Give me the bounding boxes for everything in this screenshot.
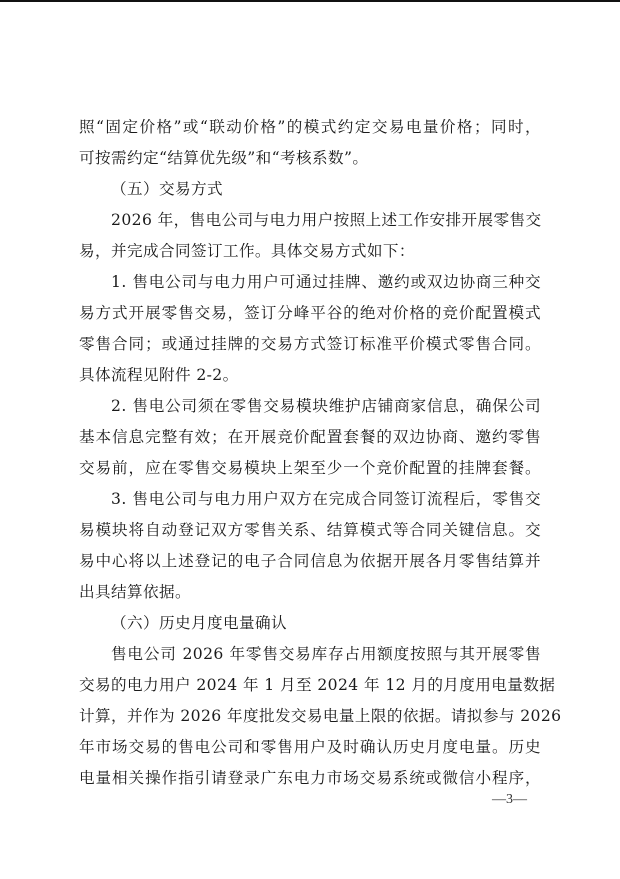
text-line-4: 2026 年，售电公司与电力用户按照上述工作安排开展零售交	[79, 205, 541, 236]
list-item-3-line-1: 3. 售电公司与电力用户双方在完成合同签订流程后，零售交	[79, 484, 541, 515]
text-line-19: 交易的电力用户 2024 年 1 月至 2024 年 12 月的月度用电量数据	[79, 670, 541, 701]
list-item-1-line-1: 1. 售电公司与电力用户可通过挂牌、邀约或双边协商三种交	[79, 267, 541, 298]
list-item-2-line-2: 基本信息完整有效；在开展竞价配置套餐的双边协商、邀约零售	[79, 422, 541, 453]
page-number: —3—	[492, 792, 527, 808]
text-line-5: 易，并完成合同签订工作。具体交易方式如下：	[79, 236, 541, 267]
list-item-3-line-4: 出具结算依据。	[79, 577, 541, 608]
list-item-3-line-3: 易中心将以上述登记的电子合同信息为依据开展各月零售结算并	[79, 546, 541, 577]
list-item-1-line-3: 零售合同；或通过挂牌的交易方式签订标准平价模式零售合同。	[79, 329, 541, 360]
text-line-18: 售电公司 2026 年零售交易库存占用额度按照与其开展零售	[79, 639, 541, 670]
text-line-20: 计算，并作为 2026 年度批发交易电量上限的依据。请拟参与 2026	[79, 701, 541, 732]
list-item-1-line-2: 易方式开展零售交易，签订分峰平谷的绝对价格的竞价配置模式	[79, 298, 541, 329]
text-line-22: 电量相关操作指引请登录广东电力市场交易系统或微信小程序，	[79, 763, 541, 794]
list-item-1-line-4: 具体流程见附件 2-2。	[79, 360, 541, 391]
section-heading-5: （五）交易方式	[79, 174, 541, 205]
text-line-21: 年市场交易的售电公司和零售用户及时确认历史月度电量。历史	[79, 732, 541, 763]
section-heading-6: （六）历史月度电量确认	[79, 608, 541, 639]
text-line-1: 照“固定价格”或“联动价格”的模式约定交易电量价格；同时，	[79, 112, 541, 143]
top-border-rule	[0, 0, 620, 2]
list-item-2-line-3: 交易前，应在零售交易模块上架至少一个竞价配置的挂牌套餐。	[79, 453, 541, 484]
list-item-2-line-1: 2. 售电公司须在零售交易模块维护店铺商家信息，确保公司	[79, 391, 541, 422]
list-item-3-line-2: 易模块将自动登记双方零售关系、结算模式等合同关键信息。交	[79, 515, 541, 546]
text-line-2: 可按需约定“结算优先级”和“考核系数”。	[79, 143, 541, 174]
document-body: 照“固定价格”或“联动价格”的模式约定交易电量价格；同时， 可按需约定“结算优先…	[79, 112, 541, 794]
